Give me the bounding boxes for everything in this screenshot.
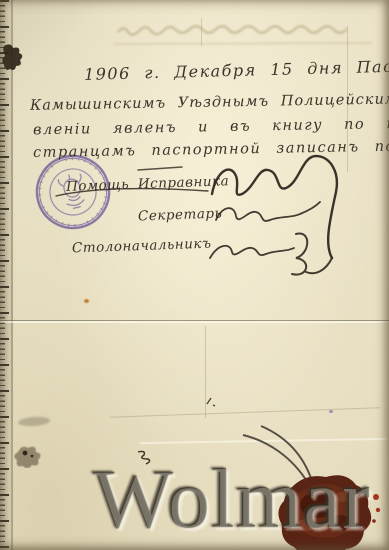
photographed-document: ı ı ı ı ı ı ı · ı ı ı ı ı ı ı ı · ı ı ı … [0, 0, 389, 550]
signature-flourishes [0, 140, 389, 285]
show-through-rule-vertical-2 [201, 18, 202, 46]
stain-dark-blot [8, 438, 44, 468]
fold-crease-horizontal [0, 320, 389, 323]
handwritten-date-line: 1906 г. Декабря 15 дня Паспортъ [84, 55, 389, 84]
handwritten-line-2: Камышинскимъ Уѣзднымъ Полицейскимъ Упра- [30, 90, 389, 114]
small-tick-mark [204, 396, 218, 408]
speck-purple [329, 410, 333, 413]
stain-smudge [18, 416, 51, 427]
wolmar-watermark: Wolmar [94, 458, 372, 543]
ink-blot [1, 40, 23, 72]
handwritten-line-3: вленіи явленъ и въ книгу по пропуску ино… [33, 114, 389, 139]
show-through-text [110, 16, 378, 52]
speck-orange [84, 299, 89, 303]
